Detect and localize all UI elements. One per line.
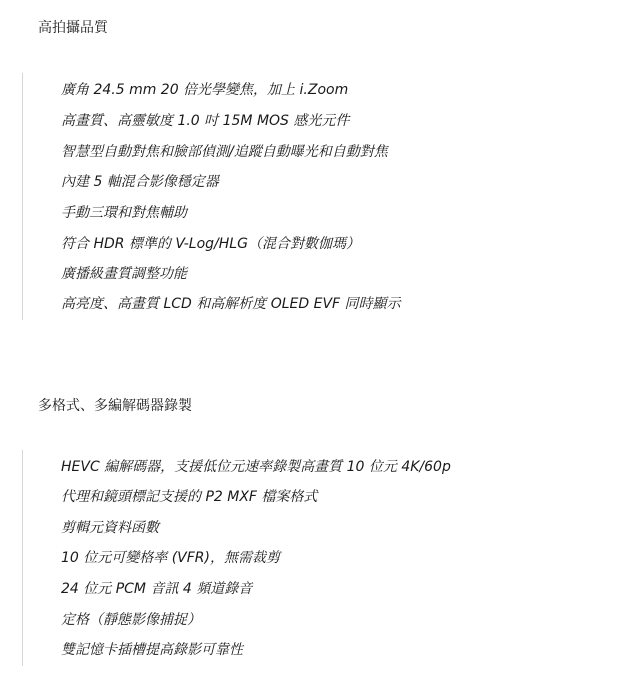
list-item: 廣角 24.5 mm 20 倍光學變焦，加上 i.Zoom	[61, 80, 348, 100]
list-item: 手動三環和對焦輔助	[61, 203, 187, 223]
list-item: 雙記憶卡插槽提高錄影可靠性	[61, 640, 243, 660]
list-item: 高亮度、高畫質 LCD 和高解析度 OLED EVF 同時顯示	[61, 294, 401, 314]
list-item: 10 位元可變格率 (VFR)，無需裁剪	[61, 548, 280, 568]
list-item: 高畫質、高靈敏度 1.0 吋 15M MOS 感光元件	[61, 111, 349, 131]
list-item: HEVC 編解碼器，支援低位元速率錄製高畫質 10 位元 4K/60p	[61, 457, 451, 477]
list-item: 代理和鏡頭標記支援的 P2 MXF 檔案格式	[61, 487, 317, 507]
list-item: 廣播級畫質調整功能	[61, 264, 187, 284]
list-item: 24 位元 PCM 音訊 4 頻道錄音	[61, 579, 252, 599]
feature-list-recording: HEVC 編解碼器，支援低位元速率錄製高畫質 10 位元 4K/60p 代理和鏡…	[22, 450, 583, 666]
list-item: 定格（靜態影像捕捉）	[61, 610, 201, 630]
feature-list-image-quality: 廣角 24.5 mm 20 倍光學變焦，加上 i.Zoom 高畫質、高靈敏度 1…	[22, 73, 583, 320]
section-heading-image-quality: 高拍攝品質	[38, 18, 108, 38]
list-item: 符合 HDR 標準的 V-Log/HLG（混合對數伽瑪）	[61, 234, 360, 254]
list-item: 剪輯元資料函數	[61, 518, 159, 538]
list-item: 內建 5 軸混合影像穩定器	[61, 172, 219, 192]
list-item: 智慧型自動對焦和臉部偵測/追蹤自動曝光和自動對焦	[61, 142, 388, 162]
section-heading-recording: 多格式、多編解碼器錄製	[38, 396, 192, 416]
